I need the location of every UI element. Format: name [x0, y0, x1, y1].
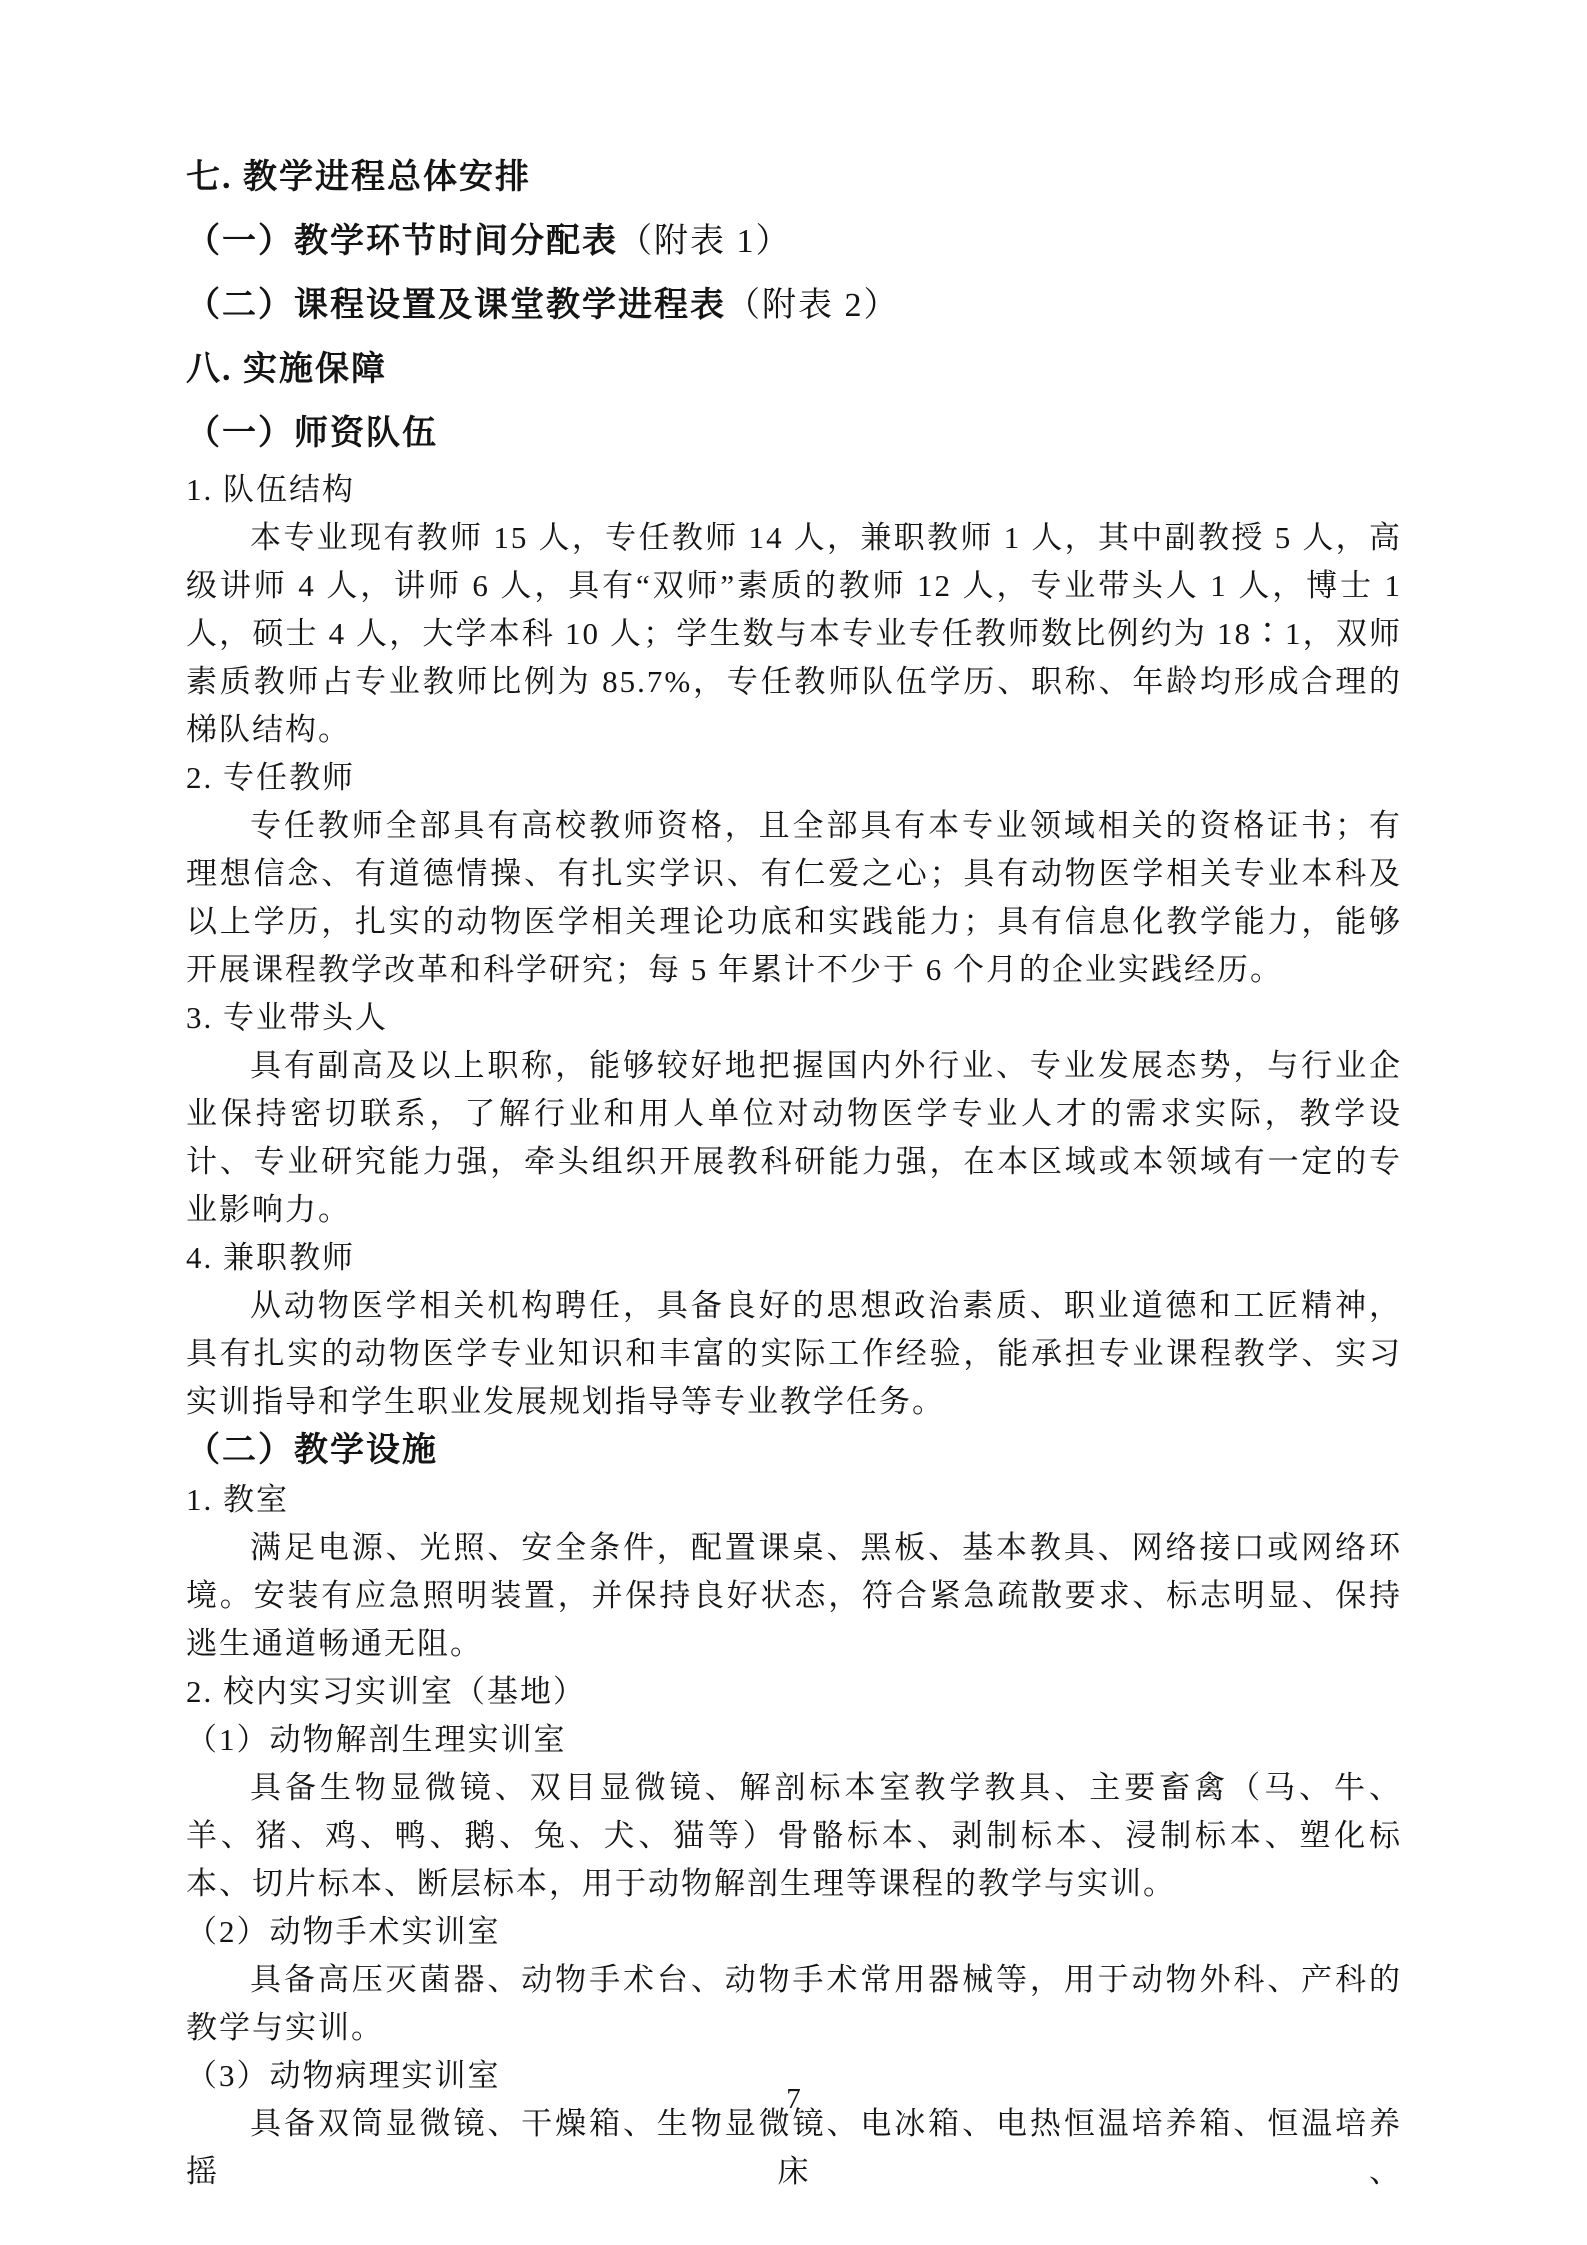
- subheading-campus-training-rooms: 2. 校内实习实训室（基地）: [186, 1668, 1402, 1716]
- paragraph-team-structure: 本专业现有教师 15 人，专任教师 14 人，兼职教师 1 人，其中副教授 5 …: [186, 514, 1402, 754]
- heading-suffix-appendix-2: （附表 2）: [726, 287, 900, 324]
- subheading-surgery-room: （2）动物手术实训室: [186, 1908, 1402, 1956]
- heading-faculty-team: （一）师资队伍: [186, 402, 1402, 466]
- heading-text: （二）课程设置及课堂教学进程表: [186, 287, 726, 324]
- paragraph-classroom: 满足电源、光照、安全条件，配置课桌、黑板、基本教具、网络接口或网络环境。安装有应…: [186, 1524, 1402, 1668]
- paragraph-anatomy-physiology-room: 具备生物显微镜、双目显微镜、解剖标本室教学教具、主要畜禽（马、牛、羊、猪、鸡、鸭…: [186, 1764, 1402, 1908]
- heading-chapter-7: 七. 教学进程总体安排: [186, 146, 1402, 210]
- subheading-parttime-teachers: 4. 兼职教师: [186, 1234, 1402, 1282]
- heading-chapter-8: 八. 实施保障: [186, 338, 1402, 402]
- subheading-team-structure: 1. 队伍结构: [186, 466, 1402, 514]
- paragraph-parttime-teachers: 从动物医学相关机构聘任，具备良好的思想政治素质、职业道德和工匠精神，具有扎实的动…: [186, 1282, 1402, 1426]
- heading-section-course-schedule-table: （二）课程设置及课堂教学进程表（附表 2）: [186, 274, 1402, 338]
- paragraph-program-leader: 具有副高及以上职称，能够较好地把握国内外行业、专业发展态势，与行业企业保持密切联…: [186, 1042, 1402, 1234]
- subheading-program-leader: 3. 专业带头人: [186, 994, 1402, 1042]
- document-page: 七. 教学进程总体安排 （一）教学环节时间分配表（附表 1） （二）课程设置及课…: [0, 0, 1587, 2245]
- heading-teaching-facilities: （二）教学设施: [186, 1426, 1402, 1476]
- heading-suffix-appendix-1: （附表 1）: [618, 223, 792, 260]
- heading-text: （一）教学环节时间分配表: [186, 223, 618, 260]
- paragraph-fulltime-teachers: 专任教师全部具有高校教师资格，且全部具有本专业领域相关的资格证书；有理想信念、有…: [186, 802, 1402, 994]
- subheading-classroom: 1. 教室: [186, 1476, 1402, 1524]
- document-content: 七. 教学进程总体安排 （一）教学环节时间分配表（附表 1） （二）课程设置及课…: [186, 146, 1402, 2196]
- subheading-anatomy-physiology-room: （1）动物解剖生理实训室: [186, 1716, 1402, 1764]
- heading-section-time-allocation-table: （一）教学环节时间分配表（附表 1）: [186, 210, 1402, 274]
- paragraph-surgery-room: 具备高压灭菌器、动物手术台、动物手术常用器械等，用于动物外科、产科的教学与实训。: [186, 1956, 1402, 2052]
- page-number: 7: [0, 2082, 1587, 2116]
- subheading-fulltime-teachers: 2. 专任教师: [186, 754, 1402, 802]
